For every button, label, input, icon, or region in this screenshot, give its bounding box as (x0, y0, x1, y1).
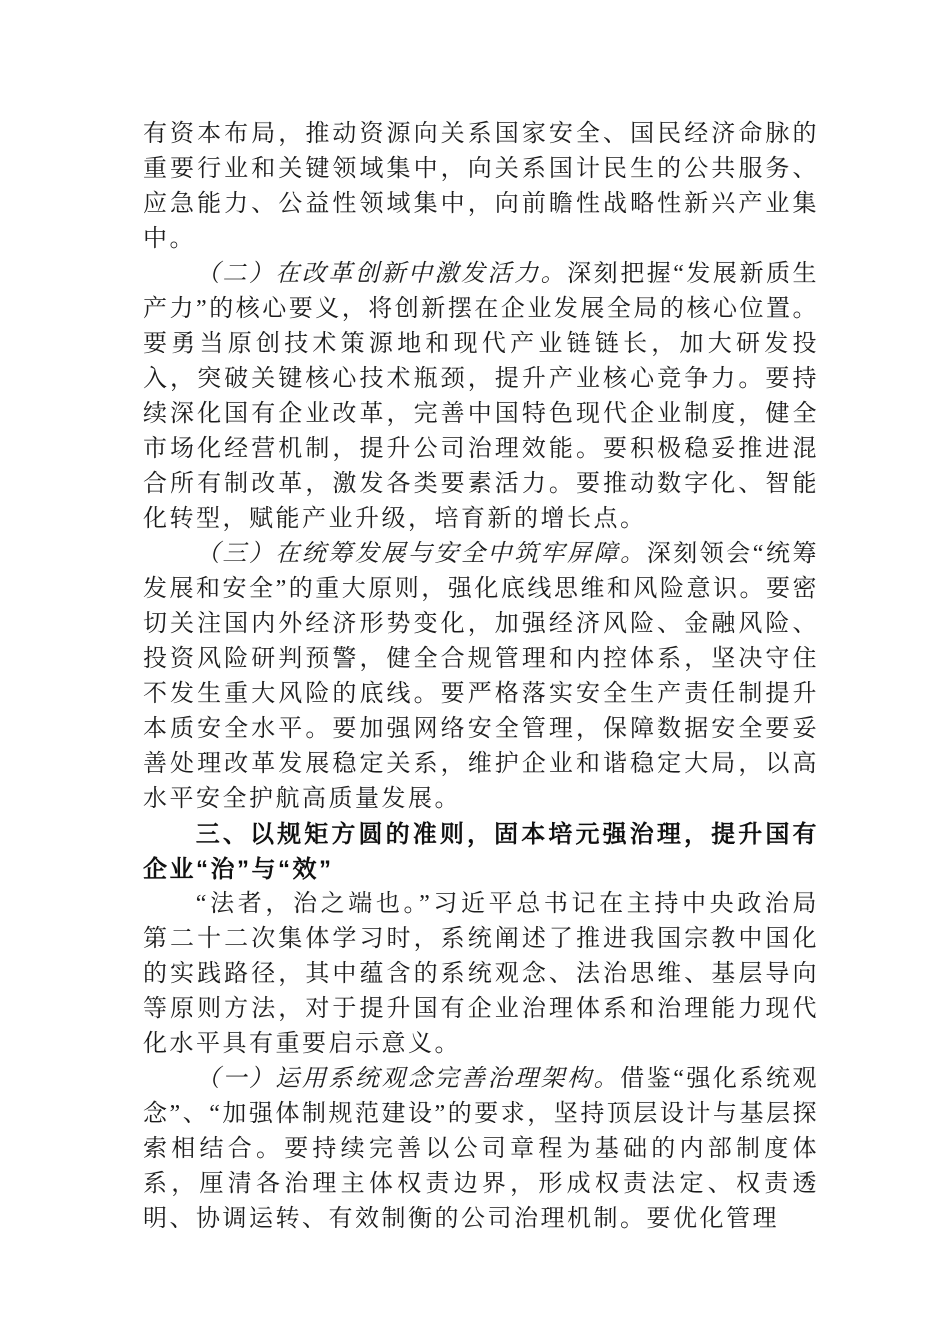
document-text-block: 有资本布局，推动资源向关系国家安全、国民经济命脉的重要行业和关键领域集中，向关系… (143, 117, 819, 1237)
section-heading-three: 三、以规矩方圆的准则，固本培元强治理，提升国有企业“治”与“效” (143, 817, 819, 887)
paragraph-lead: （三）在统筹发展与安全中筑牢屏障。 (196, 541, 647, 567)
paragraph-text: 有资本布局，推动资源向关系国家安全、国民经济命脉的重要行业和关键领域集中，向关系… (143, 121, 819, 252)
paragraph-system-governance: （一）运用系统观念完善治理架构。借鉴“强化系统观念”、“加强体制规范建设”的要求… (143, 1062, 819, 1237)
paragraph-text: 深刻领会“统筹发展和安全”的重大原则，强化底线思维和风险意识。要密切关注国内外经… (143, 541, 819, 812)
paragraph-reform-innovation: （二）在改革创新中激发活力。深刻把握“发展新质生产力”的核心要义，将创新摆在企业… (143, 257, 819, 537)
paragraph-development-security: （三）在统筹发展与安全中筑牢屏障。深刻领会“统筹发展和安全”的重大原则，强化底线… (143, 537, 819, 817)
document-page: 有资本布局，推动资源向关系国家安全、国民经济命脉的重要行业和关键领域集中，向关系… (0, 0, 950, 1344)
paragraph-lead: （一）运用系统观念完善治理架构。 (196, 1066, 620, 1092)
paragraph-legal-quote: “法者，治之端也。”习近平总书记在主持中央政治局第二十二次集体学习时，系统阐述了… (143, 887, 819, 1062)
paragraph-text: “法者，治之端也。”习近平总书记在主持中央政治局第二十二次集体学习时，系统阐述了… (143, 891, 819, 1057)
paragraph-lead: （二）在改革创新中激发活力。 (196, 261, 567, 287)
paragraph-capital-layout-continuation: 有资本布局，推动资源向关系国家安全、国民经济命脉的重要行业和关键领域集中，向关系… (143, 117, 819, 257)
paragraph-text: 深刻把握“发展新质生产力”的核心要义，将创新摆在企业发展全局的核心位置。要勇当原… (143, 261, 819, 532)
